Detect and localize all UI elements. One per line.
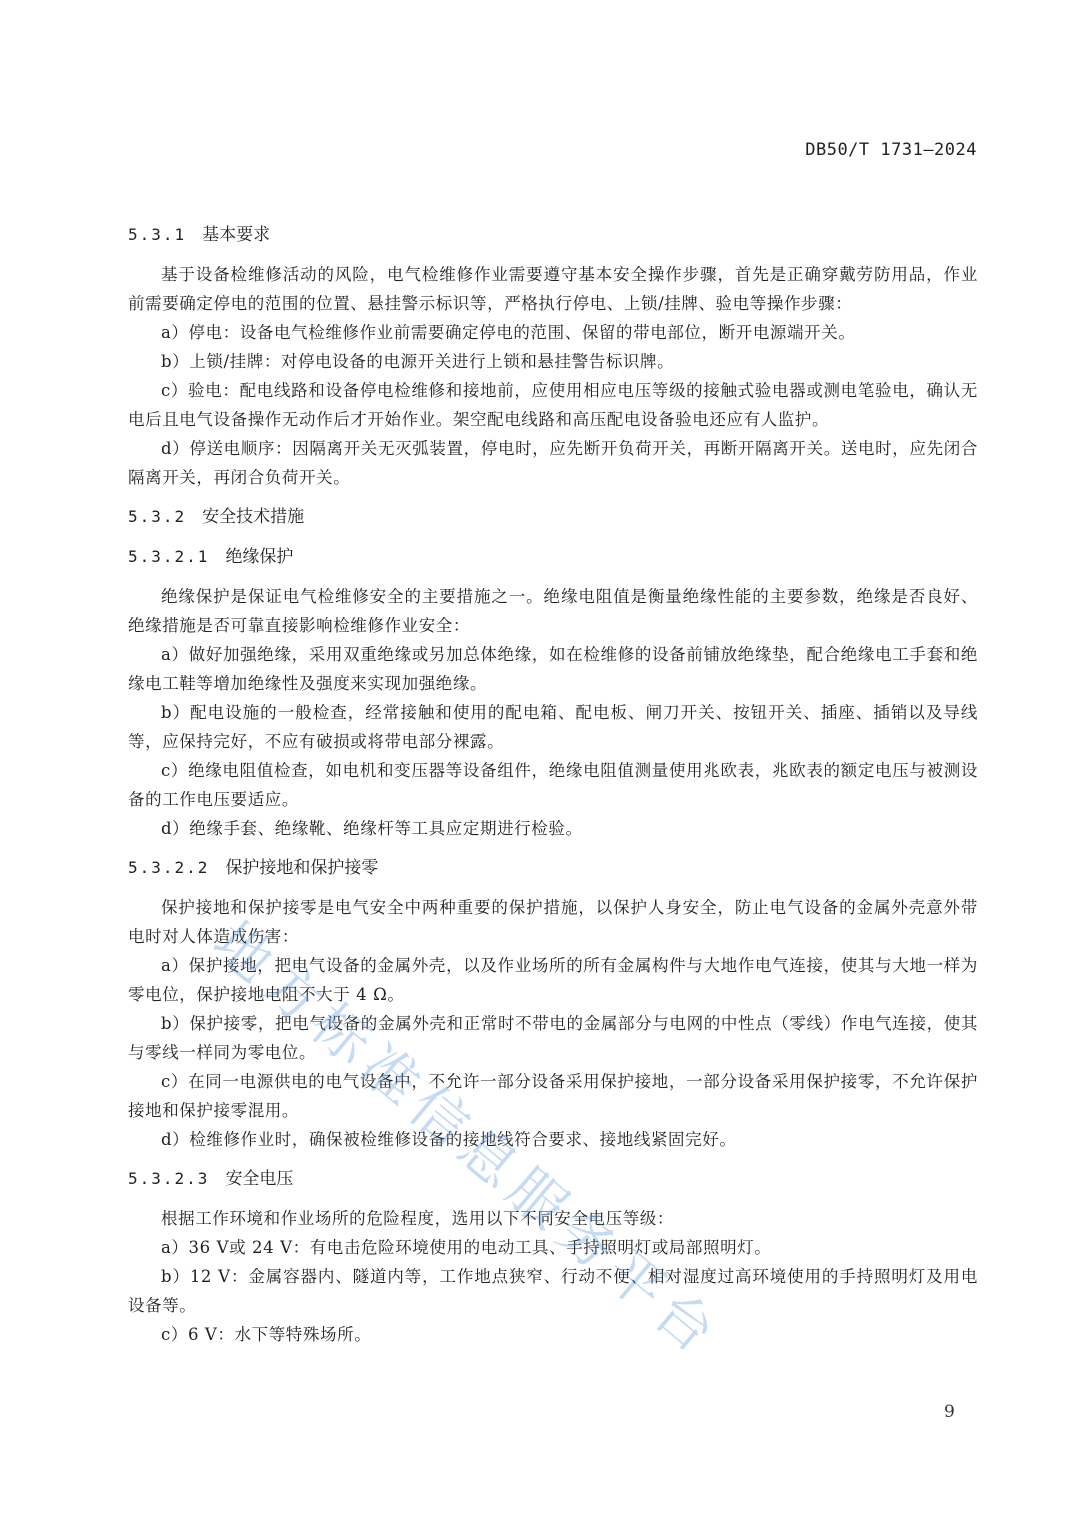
list-item: b）上锁/挂牌：对停电设备的电源开关进行上锁和悬挂警告标识牌。 bbox=[128, 347, 978, 376]
list-item: b）12 V：金属容器内、隧道内等，工作地点狭窄、行动不便、相对湿度过高环境使用… bbox=[128, 1262, 978, 1320]
paragraph: 保护接地和保护接零是电气安全中两种重要的保护措施，以保护人身安全，防止电气设备的… bbox=[128, 893, 978, 951]
list-item: d）停送电顺序：因隔离开关无灭弧装置，停电时，应先断开负荷开关，再断开隔离开关。… bbox=[128, 434, 978, 492]
list-item: b）保护接零，把电气设备的金属外壳和正常时不带电的金属部分与电网的中性点（零线）… bbox=[128, 1009, 978, 1067]
heading-number: 5.3.2.2 bbox=[128, 853, 209, 883]
list-item: c）绝缘电阻值检查，如电机和变压器等设备组件，绝缘电阻值测量使用兆欧表，兆欧表的… bbox=[128, 756, 978, 814]
paragraph: 根据工作环境和作业场所的危险程度，选用以下不同安全电压等级： bbox=[128, 1204, 978, 1233]
list-item: a）停电：设备电气检维修作业前需要确定停电的范围、保留的带电部位，断开电源端开关… bbox=[128, 318, 978, 347]
heading-title: 绝缘保护 bbox=[225, 547, 293, 567]
paragraph: 绝缘保护是保证电气检维修安全的主要措施之一。绝缘电阻值是衡量绝缘性能的主要参数，… bbox=[128, 582, 978, 640]
list-item: a）保护接地，把电气设备的金属外壳，以及作业场所的所有金属构件与大地作电气连接，… bbox=[128, 951, 978, 1009]
list-item: c）6 V：水下等特殊场所。 bbox=[128, 1320, 978, 1349]
heading-number: 5.3.1 bbox=[128, 220, 186, 250]
section-heading-5-3-2-2: 5.3.2.2保护接地和保护接零 bbox=[128, 853, 978, 883]
list-item: c）在同一电源供电的电气设备中，不允许一部分设备采用保护接地，一部分设备采用保护… bbox=[128, 1067, 978, 1125]
document-code: DB50/T 1731—2024 bbox=[805, 140, 977, 160]
document-body: 5.3.1基本要求 基于设备检维修活动的风险，电气检维修作业需要遵守基本安全操作… bbox=[128, 220, 978, 1349]
list-item: d）绝缘手套、绝缘靴、绝缘杆等工具应定期进行检验。 bbox=[128, 814, 978, 843]
heading-title: 基本要求 bbox=[202, 225, 270, 245]
paragraph: 基于设备检维修活动的风险，电气检维修作业需要遵守基本安全操作步骤，首先是正确穿戴… bbox=[128, 260, 978, 318]
section-heading-5-3-1: 5.3.1基本要求 bbox=[128, 220, 978, 250]
heading-title: 保护接地和保护接零 bbox=[225, 858, 378, 878]
list-item: c）验电：配电线路和设备停电检维修和接地前，应使用相应电压等级的接触式验电器或测… bbox=[128, 376, 978, 434]
list-item: b）配电设施的一般检查，经常接触和使用的配电箱、配电板、闸刀开关、按钮开关、插座… bbox=[128, 698, 978, 756]
section-heading-5-3-2: 5.3.2安全技术措施 bbox=[128, 502, 978, 532]
list-item: a）做好加强绝缘，采用双重绝缘或另加总体绝缘，如在检维修的设备前铺放绝缘垫，配合… bbox=[128, 640, 978, 698]
list-item: d）检维修作业时，确保被检维修设备的接地线符合要求、接地线紧固完好。 bbox=[128, 1125, 978, 1154]
heading-number: 5.3.2.3 bbox=[128, 1164, 209, 1194]
heading-number: 5.3.2 bbox=[128, 502, 186, 532]
heading-title: 安全电压 bbox=[225, 1169, 293, 1189]
section-heading-5-3-2-3: 5.3.2.3安全电压 bbox=[128, 1164, 978, 1194]
heading-number: 5.3.2.1 bbox=[128, 542, 209, 572]
heading-title: 安全技术措施 bbox=[202, 507, 304, 527]
list-item: a）36 V或 24 V：有电击危险环境使用的电动工具、手持照明灯或局部照明灯。 bbox=[128, 1233, 978, 1262]
section-heading-5-3-2-1: 5.3.2.1绝缘保护 bbox=[128, 542, 978, 572]
page-number: 9 bbox=[944, 1402, 955, 1422]
